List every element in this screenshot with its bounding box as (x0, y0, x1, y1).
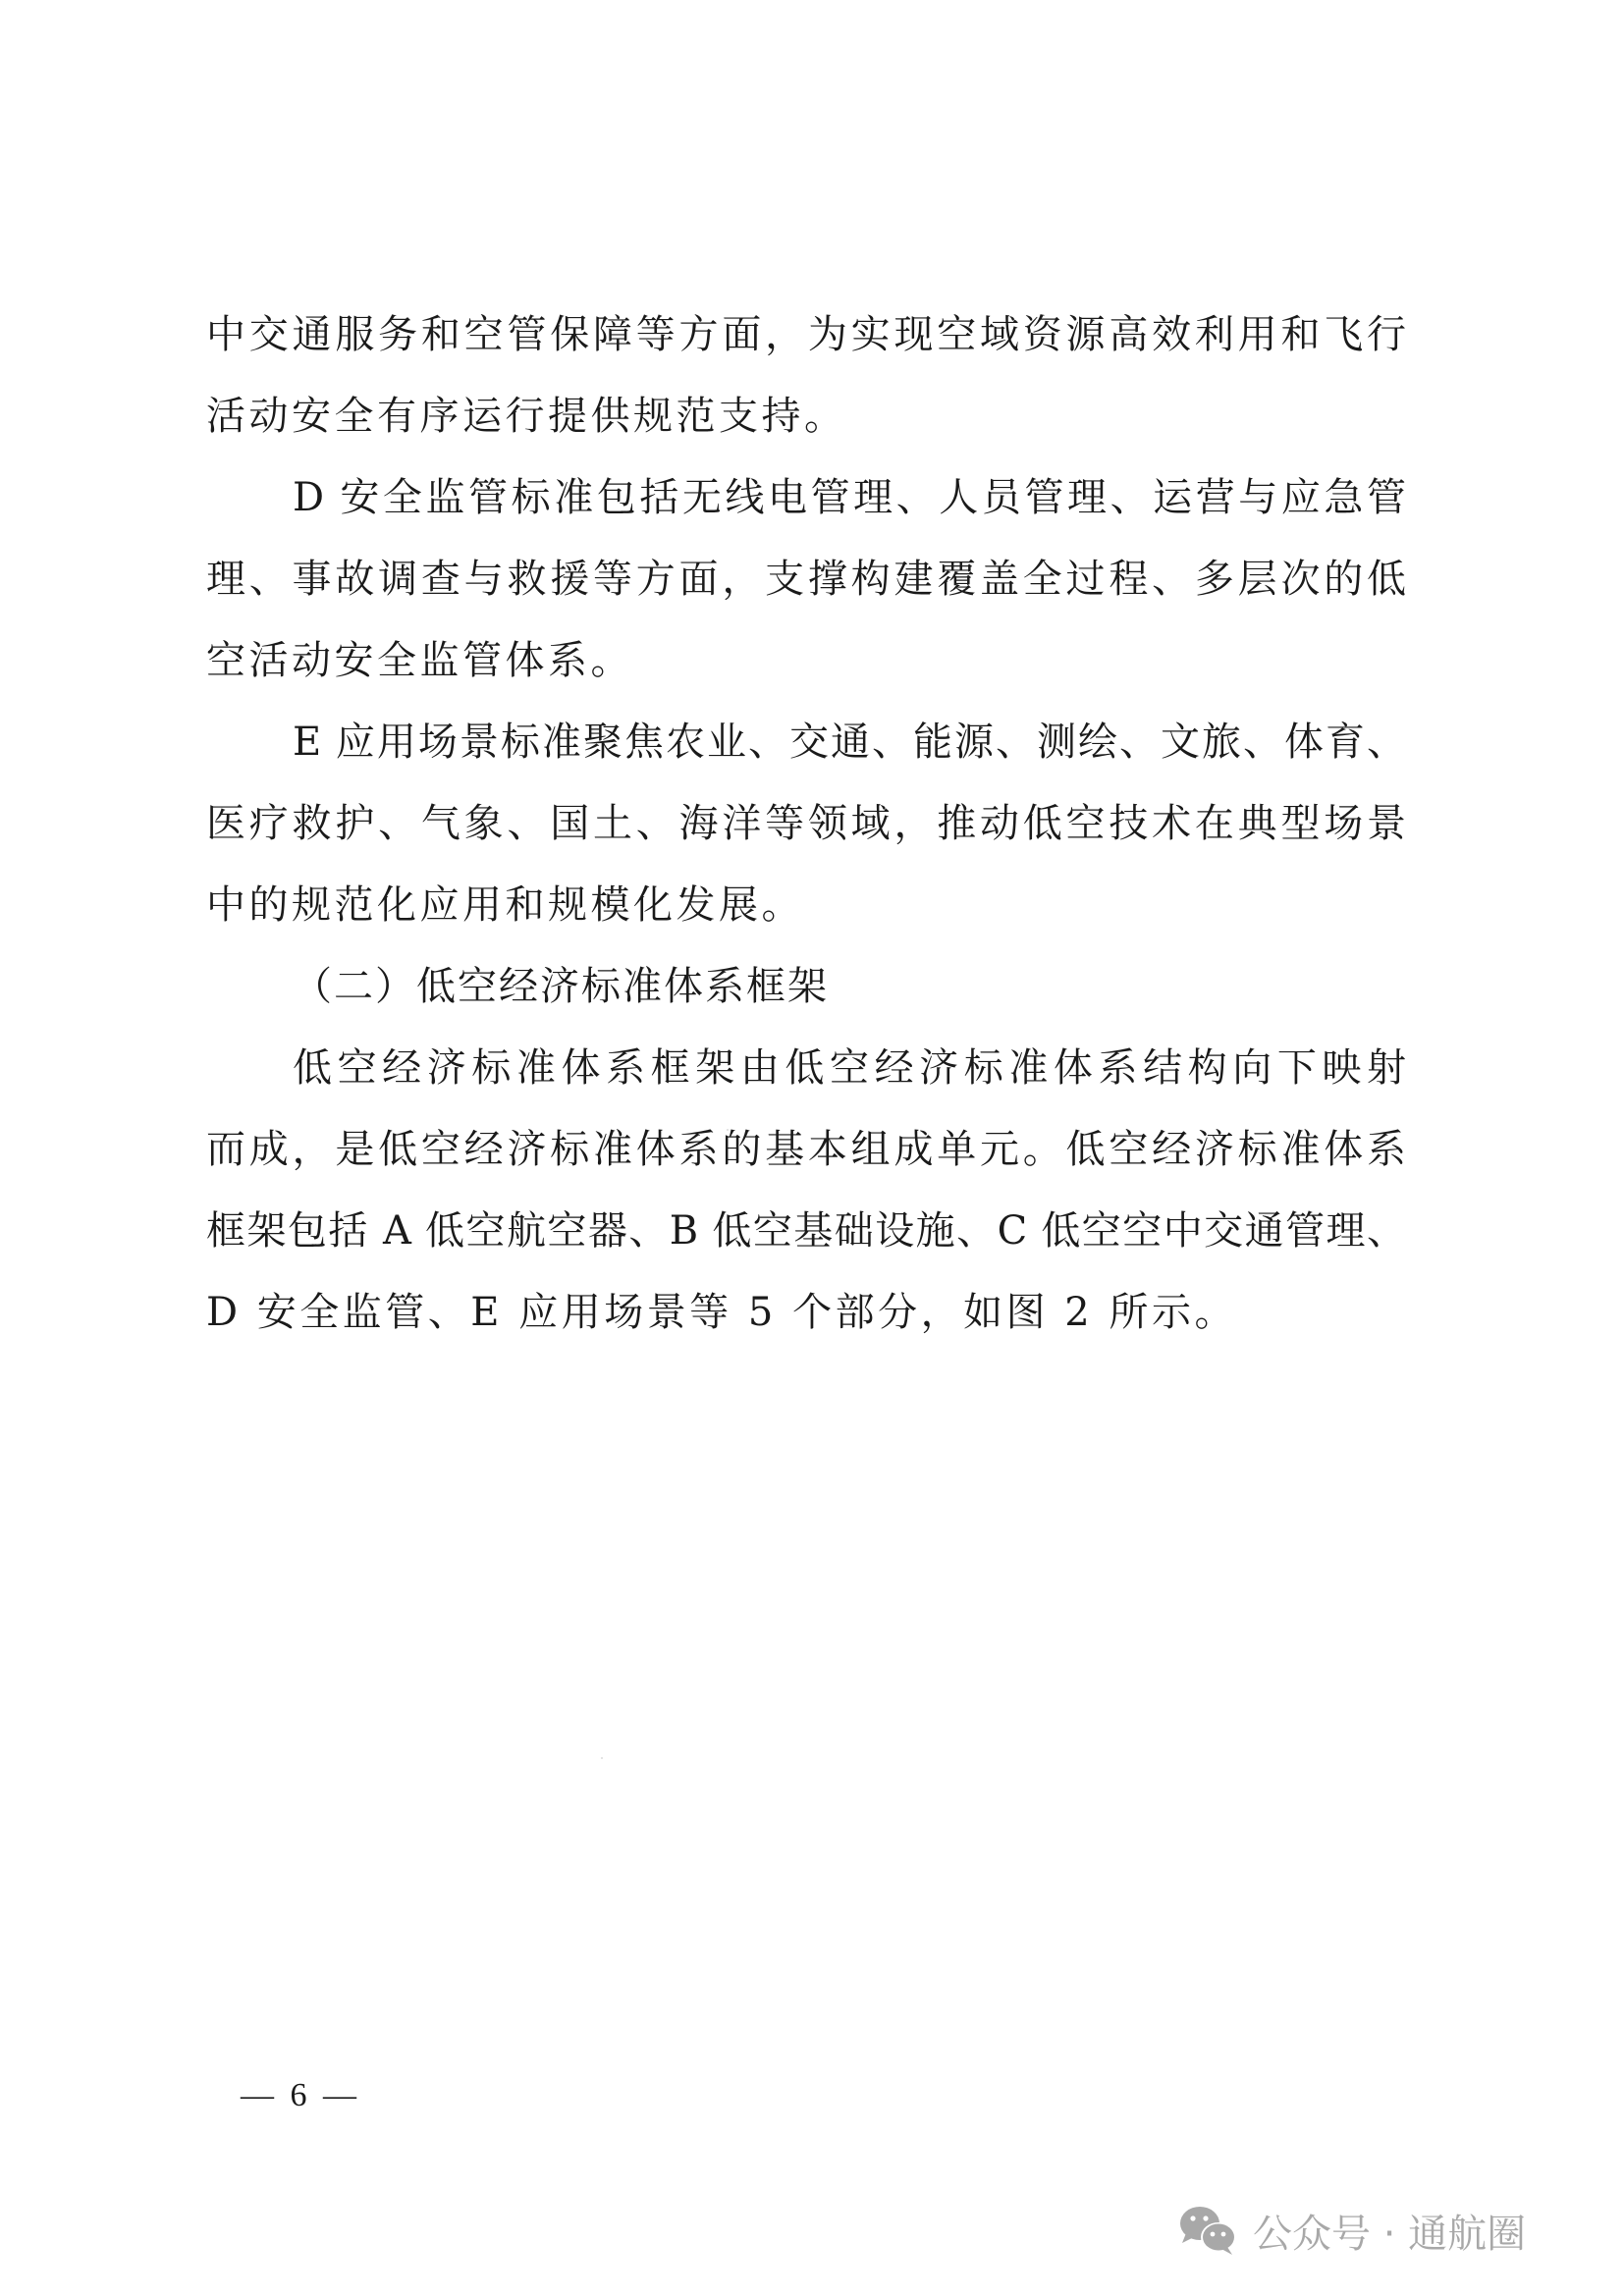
paragraph-e-application-scenarios: E 应用场景标准聚焦农业、交通、能源、测绘、文旅、体育、 医疗救护、气象、国土、… (206, 714, 1406, 958)
text-line: 活动安全有序运行提供规范支持。 (206, 388, 1406, 469)
watermark-text: 公众号 · 通航圈 (1253, 2203, 1526, 2259)
text-line: D 安全监管标准包括无线电管理、人员管理、运营与应急管 (206, 469, 1406, 551)
wechat-icon (1178, 2204, 1239, 2257)
paragraph-framework: 低空经济标准体系框架由低空经济标准体系结构向下映射 而成，是低空经济标准体系的基… (206, 1040, 1406, 1365)
text-line: E 应用场景标准聚焦农业、交通、能源、测绘、文旅、体育、 (206, 714, 1406, 795)
text-line: 中交通服务和空管保障等方面，为实现空域资源高效利用和飞行 (206, 306, 1406, 388)
text-line: D 安全监管、E 应用场景等 5 个部分，如图 2 所示。 (206, 1284, 1406, 1365)
text-line: 低空经济标准体系框架由低空经济标准体系结构向下映射 (206, 1040, 1406, 1121)
text-line: 医疗救护、气象、国土、海洋等领域，推动低空技术在典型场景 (206, 795, 1406, 877)
watermark: 公众号 · 通航圈 (1178, 2201, 1526, 2260)
scan-speck (727, 1129, 729, 1131)
text-line: 框架包括 A 低空航空器、B 低空基础设施、C 低空空中交通管理、 (206, 1202, 1406, 1284)
scan-speck (601, 1757, 603, 1759)
page-number: — 6 — (241, 2077, 360, 2114)
document-page: 中交通服务和空管保障等方面，为实现空域资源高效利用和飞行 活动安全有序运行提供规… (0, 0, 1624, 2296)
body-text: 中交通服务和空管保障等方面，为实现空域资源高效利用和飞行 活动安全有序运行提供规… (206, 306, 1406, 1365)
text-line: 空活动安全监管体系。 (206, 632, 1406, 714)
text-line: 理、事故调查与救援等方面，支撑构建覆盖全过程、多层次的低 (206, 551, 1406, 632)
section-heading: （二）低空经济标准体系框架 (206, 958, 1406, 1040)
paragraph-continuation: 中交通服务和空管保障等方面，为实现空域资源高效利用和飞行 活动安全有序运行提供规… (206, 306, 1406, 469)
text-line: 而成，是低空经济标准体系的基本组成单元。低空经济标准体系 (206, 1121, 1406, 1202)
text-line: 中的规范化应用和规模化发展。 (206, 877, 1406, 958)
paragraph-d-safety-supervision: D 安全监管标准包括无线电管理、人员管理、运营与应急管 理、事故调查与救援等方面… (206, 469, 1406, 714)
